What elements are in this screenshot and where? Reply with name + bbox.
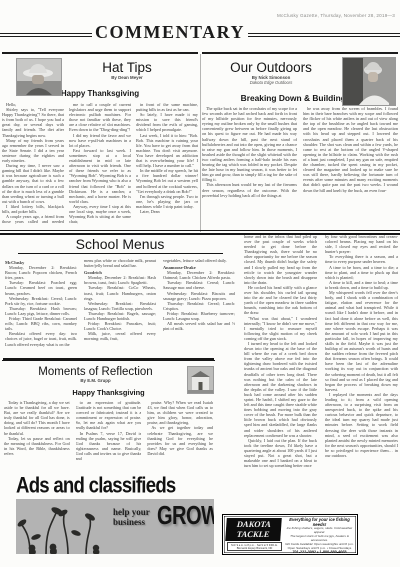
menu-items-mcclusky: Monday, December 2: Breakfast: Bacon; Lu…: [5, 265, 77, 347]
our-outdoors-body: The spike buck sat in the crosshairs of …: [202, 106, 398, 212]
our-outdoors-photo: [342, 57, 396, 106]
our-outdoors-continuation: home and in the inbox that had piled up …: [244, 234, 398, 510]
moments-byline: By E.M. Grupp: [2, 378, 189, 383]
masthead: McClusky Gazette, Thursday, November 28,…: [277, 13, 395, 18]
moments-photo: [187, 366, 214, 394]
section-our-outdoors: Our Outdoors By Nick Simonson Dakota Edg…: [202, 52, 398, 234]
hat-tips-col-2: me to call a couple of current legislato…: [69, 102, 131, 224]
menu-items-anamoose-drake: Monday, December 2: Breakfast: Oatmeal; …: [163, 270, 235, 331]
plants-illustration: [16, 499, 110, 554]
rule-left: [0, 33, 92, 37]
school-menus-underline: [18, 253, 223, 254]
menu-col-goodrich: menu plus white or chocolate milk, peanu…: [84, 258, 156, 354]
column-divider: [200, 54, 201, 232]
menu-col-mcclusky: McClusky Monday, December 2: Breakfast: …: [5, 258, 77, 354]
moments-body: Today is Thanksgiving, a day we set asid…: [2, 400, 215, 464]
menu-col-anamoose-drake: vegetables, lettuce salad offered daily.…: [163, 258, 235, 354]
menu-items-goodrich: Monday, December 2: Breakfast: Hash brow…: [84, 275, 156, 341]
continuation-col-2: by four with good browntines and cream-c…: [325, 234, 398, 510]
our-outdoors-title: Our Outdoors: [202, 60, 340, 75]
our-outdoors-col-2: he was away from the screen of brambles.…: [303, 106, 398, 212]
dakota-tackle-logo: DAKOTA TACKLE: [225, 518, 282, 541]
ads-banner-help-text: help your business: [113, 508, 150, 527]
dakota-tackle-address: M-F 9 a.m. to 8 p.m. · Sat 9 to 5 3301 E…: [227, 542, 282, 551]
menu-intro: menu plus white or chocolate milk, peanu…: [84, 258, 156, 268]
moments-headline: Happy Thanksgiving: [2, 388, 215, 397]
newspaper-page: McClusky Gazette, Thursday, November 28,…: [0, 0, 400, 567]
logo-line-2: TACKLE: [225, 529, 281, 539]
ads-classifieds-banner: Ads and classifieds: [16, 474, 216, 556]
moments-title: Moments of Reflection: [2, 366, 189, 378]
ads-banner-title: Ads and classifieds: [16, 474, 202, 499]
hat-tips-col-1: Hello,Shirley says to, "Tell everyone Ha…: [2, 102, 64, 224]
continuation-col-1: home and in the inbox that had piled up …: [244, 234, 317, 510]
ads-banner-grow-text: GROW.: [157, 502, 214, 532]
hat-tips-body: Hello,Shirley says to, "Tell everyone Ha…: [2, 102, 198, 224]
moments-col-3: praise. Why? When we read Isaiah 43, we …: [147, 400, 213, 464]
logo-line-1: DAKOTA: [226, 519, 282, 529]
our-outdoors-col-1: The spike buck sat in the crosshairs of …: [202, 106, 297, 212]
school-menus-body: McClusky Monday, December 2: Breakfast: …: [2, 258, 238, 354]
rule-right: [248, 33, 400, 37]
hat-tips-byline: By Dean Meyer: [60, 75, 194, 80]
moments-col-1: Today is Thanksgiving, a day we set asid…: [4, 400, 70, 464]
help-line-2: business: [113, 518, 150, 528]
menu-intro: vegetables, lettuce salad offered daily.: [163, 258, 235, 263]
ad-phone: 701-222-3092 • 1-800-880-4665: [284, 550, 355, 555]
section-hat-tips: Hat Tips By Dean Meyer Happy Thanksgivin…: [2, 52, 198, 234]
ads-banner-box: help your business GROW.: [16, 499, 214, 554]
section-school-menus: School Menus McClusky Monday, December 2…: [2, 236, 238, 360]
hat-tips-photo: [16, 58, 62, 96]
moments-col-2: to an expression of gratitude. Gratitude…: [76, 400, 142, 464]
school-menus-title: School Menus: [2, 236, 238, 252]
section-moments-of-reflection: Moments of Reflection By E.M. Grupp Happ…: [2, 360, 215, 475]
hat-tips-title: Hat Tips: [60, 60, 194, 75]
our-outdoors-byline2: Dakota Edge Outdoors: [202, 80, 340, 85]
dakota-tackle-ad[interactable]: DAKOTA TACKLE M-F 9 a.m. to 8 p.m. · Sat…: [222, 514, 358, 555]
hat-tips-col-3: in front of the same machine, putting bi…: [136, 102, 198, 224]
dakota-tackle-copy: Everything for your ice fishing needs! I…: [284, 517, 355, 555]
